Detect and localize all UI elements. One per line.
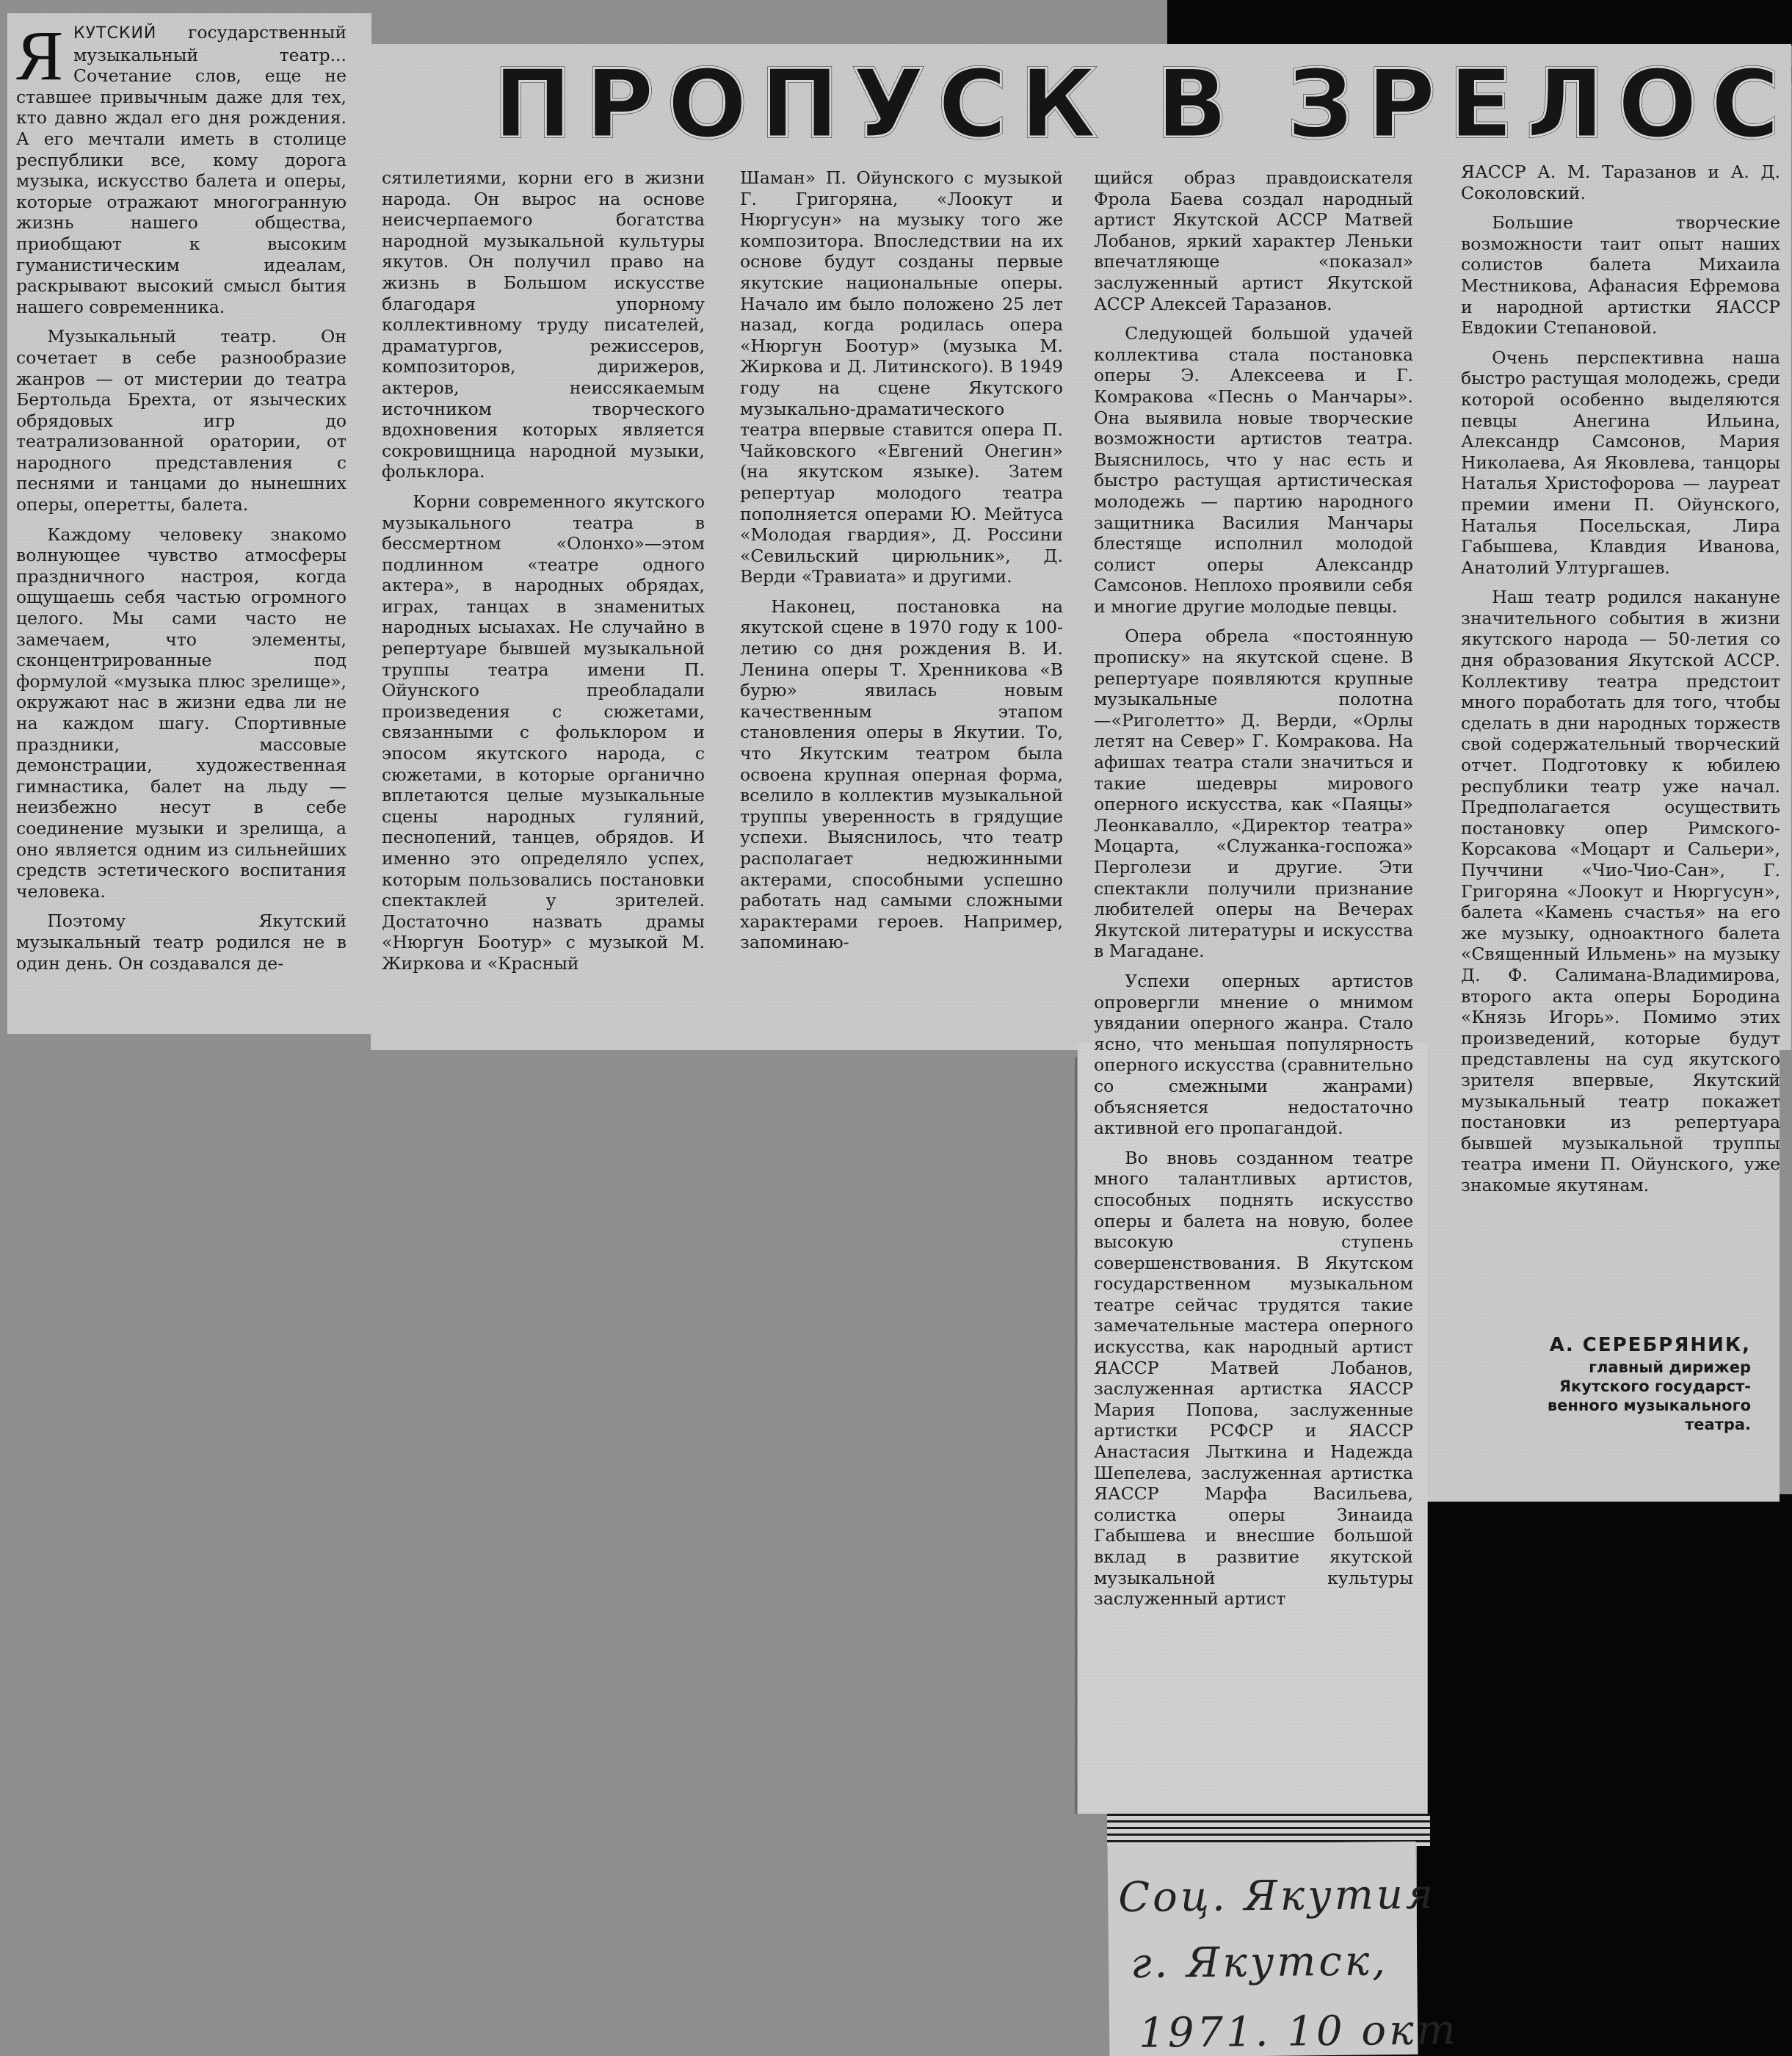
paragraph: Успехи оперных артистов опровергли мнени… <box>1094 971 1413 1139</box>
drop-cap: Я <box>16 26 63 85</box>
handwritten-source-note: Соц. Якутия г. Якутск, 1971. 10 окт <box>1107 1842 1418 2056</box>
lede-first-words: КУТСКИЙ <box>73 24 156 43</box>
paragraph: Во вновь созданном театре много талантли… <box>1094 1148 1413 1610</box>
handwritten-line: 1971. 10 окт <box>1139 2006 1459 2056</box>
dark-background-top-right <box>1167 0 1792 46</box>
paragraph: щийся образ правдоискателя Фрола Баева с… <box>1094 167 1413 314</box>
paragraph: Наконец, постановка на якутской сцене в … <box>740 596 1063 953</box>
paragraph: Большие творческие возможности таит опыт… <box>1461 212 1780 339</box>
paragraph: Шаман» П. Ойунского с музыкой Г. Григоря… <box>740 167 1063 587</box>
dark-background-bottom-strip <box>1417 1814 1792 2056</box>
author-role-line: театра. <box>1461 1415 1751 1434</box>
paragraph: Корни современного якутского музыкальног… <box>382 491 705 974</box>
paragraph: Музыкальный театр. Он сочетает в себе ра… <box>16 326 347 515</box>
article-column-3: Шаман» П. Ойунского с музыкой Г. Григоря… <box>740 167 1063 962</box>
article-column-1: Я КУТСКИЙ государственный музыкальный те… <box>16 22 347 982</box>
handwritten-line: г. Якутск, <box>1131 1937 1388 1988</box>
article-headline: ПРОПУСК В ЗРЕЛОСТЬ ПРОПУСК В ЗРЕЛОСТЬ <box>493 50 1639 160</box>
paragraph: Следующей большой удачей коллектива стал… <box>1094 323 1413 617</box>
article-column-2: сятилетиями, корни его в жизни народа. О… <box>382 167 705 983</box>
author-role-line: главный дирижер <box>1461 1358 1751 1377</box>
paragraph: Очень перспективна наша быстро растущая … <box>1461 347 1780 579</box>
author-signature: А. СЕРЕБРЯНИК, главный дирижер Якутского… <box>1461 1333 1751 1434</box>
paragraph: сятилетиями, корни его в жизни народа. О… <box>382 167 705 482</box>
paragraph: Поэтому Якутский музыкальный театр родил… <box>16 911 347 974</box>
article-column-4: щийся образ правдоискателя Фрола Баева с… <box>1094 167 1413 1618</box>
paragraph: Каждому человеку знакомо волнующее чувст… <box>16 524 347 902</box>
paragraph: ЯАССР А. М. Таразанов и А. Д. Соколовски… <box>1461 162 1780 203</box>
author-role-line: венного музыкального <box>1461 1396 1751 1415</box>
author-role-line: Якутского государст- <box>1461 1377 1751 1396</box>
author-name: А. СЕРЕБРЯНИК, <box>1461 1333 1751 1358</box>
lede-text: государственный музыкальный театр... Соч… <box>16 22 347 317</box>
handwritten-line: Соц. Якутия <box>1118 1871 1436 1922</box>
article-column-5: ЯАССР А. М. Таразанов и А. Д. Соколовски… <box>1461 162 1780 1205</box>
column-fold-line <box>1075 1057 1077 1814</box>
headline-inline-outline: ПРОПУСК В ЗРЕЛОСТЬ <box>493 50 1792 160</box>
paragraph: Наш театр родился накануне значительного… <box>1461 587 1780 1195</box>
paragraph: Опера обрела «постоянную прописку» на як… <box>1094 626 1413 962</box>
lede-paragraph: Я КУТСКИЙ государственный музыкальный те… <box>16 22 347 317</box>
